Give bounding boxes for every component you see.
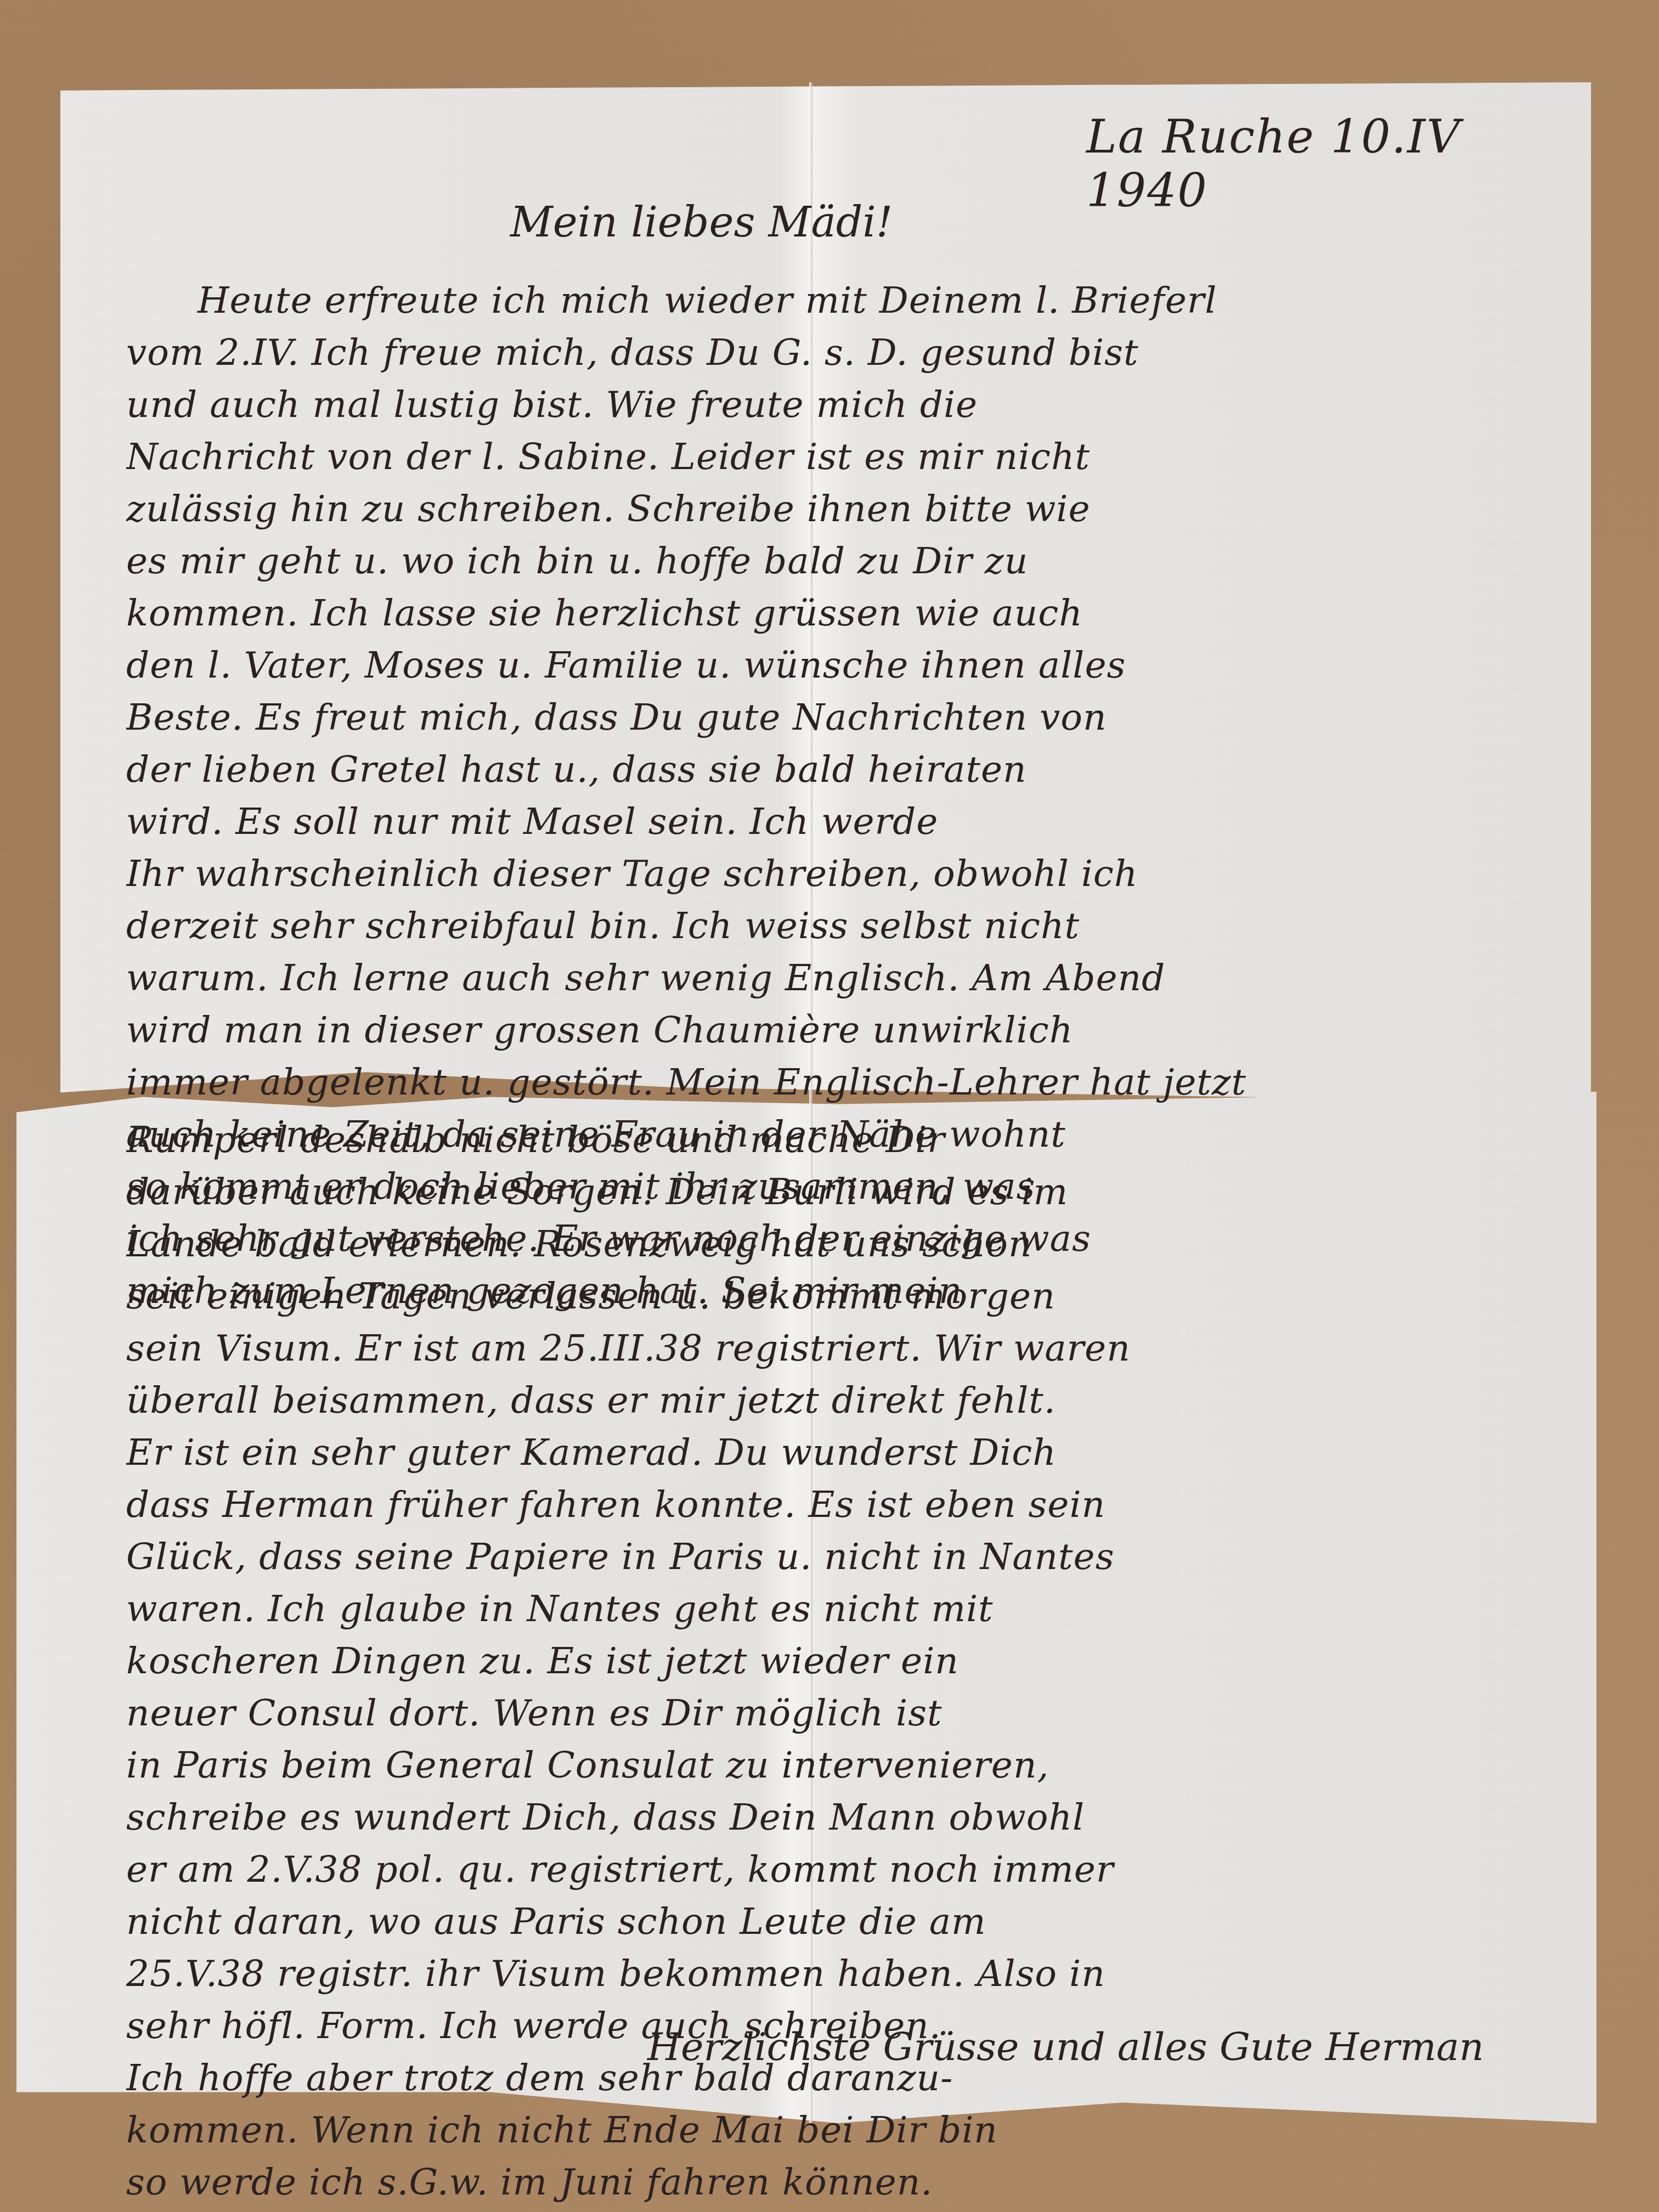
letter-line: dass Herman früher fahren konnte. Es ist…: [126, 1479, 1596, 1531]
letter-line: sein Visum. Er ist am 25.III.38 registri…: [126, 1322, 1596, 1374]
letter-line: koscheren Dingen zu. Es ist jetzt wieder…: [126, 1635, 1596, 1687]
letter-line: der lieben Gretel hast u., dass sie bald…: [126, 743, 1575, 795]
letter-line: Ihr wahrscheinlich dieser Tage schreiben…: [126, 848, 1575, 900]
letter-line: er am 2.V.38 pol. qu. registriert, kommt…: [126, 1843, 1596, 1895]
letter-line: Heute erfreute ich mich wieder mit Deine…: [126, 274, 1575, 326]
letter-line: Rumperl deshalb nicht böse und mache Dir: [126, 1114, 1596, 1166]
letter-line: schreibe es wundert Dich, dass Dein Mann…: [126, 1791, 1596, 1843]
letter-line: Beste. Es freut mich, dass Du gute Nachr…: [126, 691, 1575, 743]
letter-line: zulässig hin zu schreiben. Schreibe ihne…: [126, 483, 1575, 535]
letter-line: Nachricht von der l. Sabine. Leider ist …: [126, 431, 1575, 483]
letter-line: und auch mal lustig bist. Wie freute mic…: [126, 379, 1575, 431]
letter-line: neuer Consul dort. Wenn es Dir möglich i…: [126, 1687, 1596, 1739]
letter-line: Lande bald erlernen. Rosenzweig hat uns …: [126, 1218, 1596, 1270]
letter-line: darüber auch keine Sorgen. Dein Burli wi…: [126, 1166, 1596, 1218]
letter-line: es mir geht u. wo ich bin u. hoffe bald …: [126, 535, 1575, 587]
letter-line: kommen. Wenn ich nicht Ende Mai bei Dir …: [126, 2104, 1596, 2156]
salutation: Mein liebes Mädi!: [510, 198, 893, 246]
letter-line: vom 2.IV. Ich freue mich, dass Du G. s. …: [126, 326, 1575, 379]
letter-line: derzeit sehr schreibfaul bin. Ich weiss …: [126, 900, 1575, 952]
letter-line: waren. Ich glaube in Nantes geht es nich…: [126, 1583, 1596, 1635]
letter-line: in Paris beim General Consulat zu interv…: [126, 1739, 1596, 1791]
letter-line: Glück, dass seine Papiere in Paris u. ni…: [126, 1531, 1596, 1583]
letter-line: wird man in dieser grossen Chaumière unw…: [126, 1004, 1575, 1056]
letter-line: so werde ich s.G.w. im Juni fahren könne…: [126, 2156, 1596, 2208]
place-and-date: La Ruche 10.IV 1940: [1086, 110, 1596, 217]
letter-line: immer abgelenkt u. gestört. Mein Englisc…: [126, 1056, 1575, 1108]
letter-line: den l. Vater, Moses u. Familie u. wünsch…: [126, 639, 1575, 691]
letter-line: 25.V.38 registr. ihr Visum bekommen habe…: [126, 1948, 1596, 2000]
letter-line: seit einigen Tagen verlassen u. bekommt …: [126, 1270, 1596, 1322]
letter-line: wird. Es soll nur mit Masel sein. Ich we…: [126, 795, 1575, 848]
letter-line: Er ist ein sehr guter Kamerad. Du wunder…: [126, 1426, 1596, 1479]
letter-line: nicht daran, wo aus Paris schon Leute di…: [126, 1895, 1596, 1948]
closing-signature: Herzlichste Grüsse und alles Gute Herman: [647, 2024, 1484, 2069]
letter-line: warum. Ich lerne auch sehr wenig Englisc…: [126, 952, 1575, 1004]
letter-line: kommen. Ich lasse sie herzlichst grüssen…: [126, 587, 1575, 639]
letter-line: überall beisammen, dass er mir jetzt dir…: [126, 1374, 1596, 1426]
